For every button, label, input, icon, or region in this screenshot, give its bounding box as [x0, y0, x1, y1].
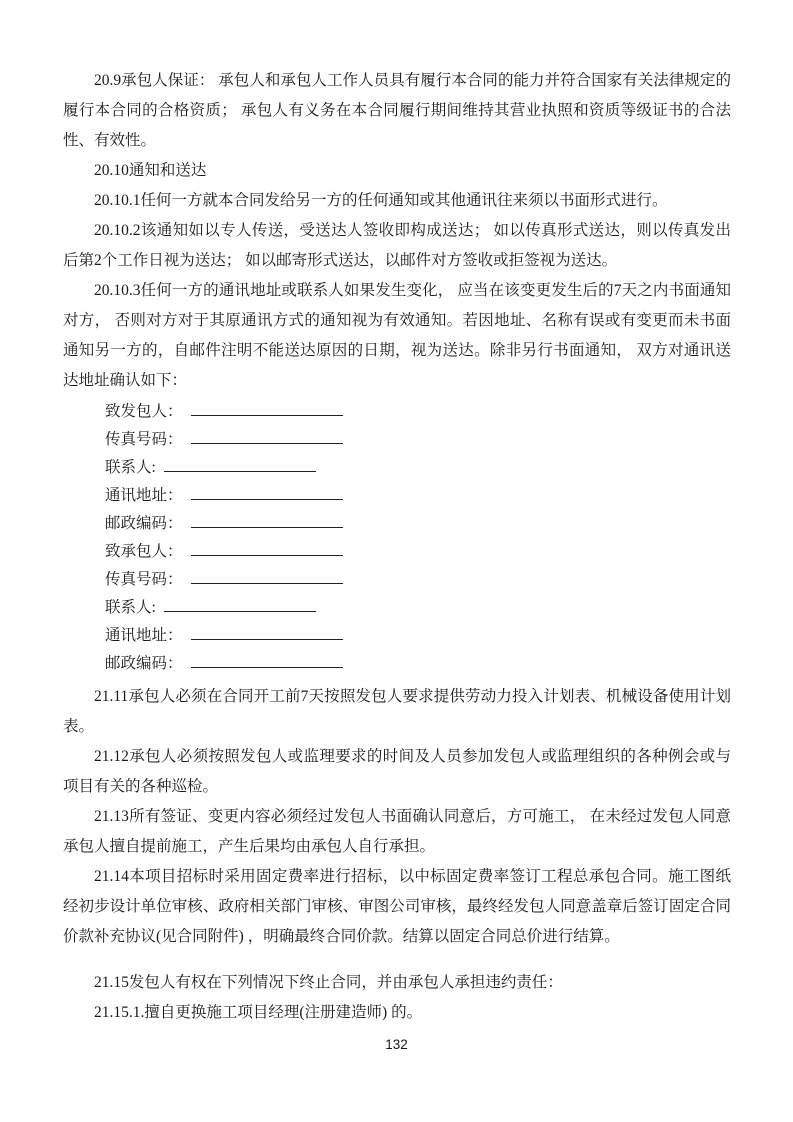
- form-row-postal-code-2: 邮政编码：: [105, 650, 731, 678]
- form-row-contact-person-2: 联系人:: [105, 594, 731, 622]
- blank-underline: [191, 485, 343, 500]
- blank-underline: [191, 401, 343, 416]
- form-row-fax-number-2: 传真号码：: [105, 566, 731, 594]
- blank-underline: [191, 653, 343, 668]
- form-label-postal-code-2: 邮政编码：: [105, 650, 183, 678]
- form-label-postal-code: 邮政编码：: [105, 510, 183, 538]
- clause-21-12: 21.12承包人必须按照发包人或监理要求的时间及人员参加发包人或监理组织的各种例…: [63, 742, 731, 802]
- form-row-to-employer: 致发包人：: [105, 398, 731, 426]
- form-row-postal-code: 邮政编码：: [105, 510, 731, 538]
- clause-21-13: 21.13所有签证、变更内容必须经过发包人书面确认同意后，方可施工， 在未经过发…: [63, 802, 731, 862]
- form-row-mailing-address-2: 通讯地址：: [105, 622, 731, 650]
- document-page: 20.9承包人保证： 承包人和承包人工作人员具有履行本合同的能力并符合国家有关法…: [0, 0, 793, 1122]
- clause-21-15: 21.15发包人有权在下列情况下终止合同，并由承包人承担违约责任：: [63, 968, 731, 998]
- blank-underline: [191, 625, 343, 640]
- form-label-to-employer: 致发包人：: [105, 398, 183, 426]
- form-label-mailing-address: 通讯地址：: [105, 482, 183, 510]
- form-label-contact-person: 联系人:: [105, 454, 156, 482]
- form-row-to-contractor: 致承包人：: [105, 538, 731, 566]
- blank-underline: [164, 457, 316, 472]
- blank-underline: [191, 541, 343, 556]
- form-row-contact-person: 联系人:: [105, 454, 731, 482]
- form-label-mailing-address-2: 通讯地址：: [105, 622, 183, 650]
- form-label-fax-number-2: 传真号码：: [105, 566, 183, 594]
- form-label-to-contractor: 致承包人：: [105, 538, 183, 566]
- clause-20-10-1: 20.10.1任何一方就本合同发给另一方的任何通知或其他通讯往来须以书面形式进行…: [63, 186, 731, 216]
- clause-21-15-1: 21.15.1.擅自更换施工项目经理(注册建造师) 的。: [63, 998, 731, 1028]
- form-label-contact-person-2: 联系人:: [105, 594, 156, 622]
- form-row-fax-number: 传真号码：: [105, 426, 731, 454]
- clause-20-9: 20.9承包人保证： 承包人和承包人工作人员具有履行本合同的能力并符合国家有关法…: [63, 66, 731, 156]
- clause-21-11: 21.11承包人必须在合同开工前7天按照发包人要求提供劳动力投入计划表、机械设备…: [63, 682, 731, 742]
- blank-underline: [191, 569, 343, 584]
- blank-underline: [164, 597, 316, 612]
- blank-underline: [191, 429, 343, 444]
- blank-underline: [191, 513, 343, 528]
- clause-20-10-3: 20.10.3任何一方的通讯地址或联系人如果发生变化， 应当在该变更发生后的7天…: [63, 276, 731, 396]
- clause-20-10-2: 20.10.2该通知如以专人传送，受送达人签收即构成送达； 如以传真形式送达，则…: [63, 216, 731, 276]
- clause-21-14: 21.14本项目招标时采用固定费率进行招标，以中标固定费率签订工程总承包合同。施…: [63, 862, 731, 952]
- form-row-mailing-address: 通讯地址：: [105, 482, 731, 510]
- contact-address-form: 致发包人： 传真号码： 联系人: 通讯地址： 邮政编码： 致承包人： 传真号码：…: [63, 398, 731, 678]
- clause-20-10-heading: 20.10通知和送达: [63, 156, 731, 186]
- page-number: 132: [0, 1036, 793, 1054]
- form-label-fax-number: 传真号码：: [105, 426, 183, 454]
